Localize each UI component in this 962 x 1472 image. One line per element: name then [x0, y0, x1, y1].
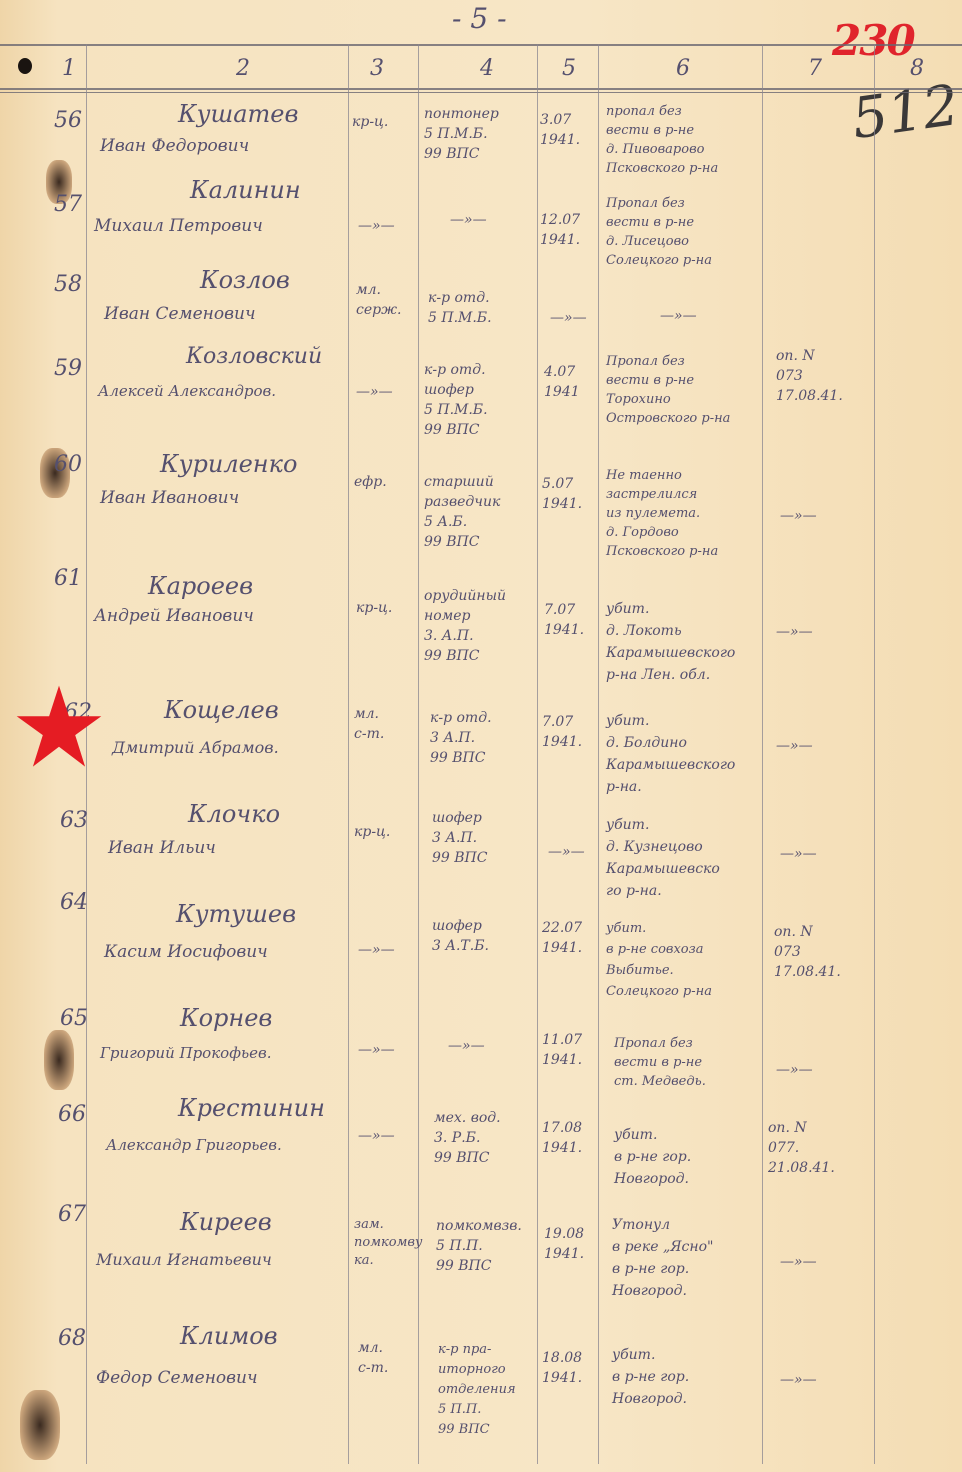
date: 19.08 1941.: [544, 1224, 584, 1264]
given-name: Александр Григорьев.: [106, 1136, 282, 1154]
column-header-7: 7: [808, 56, 822, 81]
fate: Пропал без вести в р-не Торохино Островс…: [606, 352, 730, 428]
order: —»—: [776, 622, 813, 642]
surname: Кутушев: [176, 900, 296, 928]
header-rule: [0, 88, 962, 90]
order: —»—: [780, 506, 817, 526]
burn-mark: [20, 1390, 60, 1460]
rank: —»—: [358, 216, 395, 236]
date: 22.07 1941.: [542, 918, 582, 958]
given-name: Алексей Александров.: [98, 382, 276, 400]
date: 5.07 1941.: [542, 474, 582, 514]
star-marker-icon: [14, 682, 104, 772]
punch-hole: [18, 58, 32, 74]
rank: —»—: [358, 940, 395, 960]
surname: Климов: [180, 1322, 278, 1350]
column-header-2: 2: [236, 56, 250, 81]
unit: к-р отд. 5 П.М.Б.: [428, 288, 492, 328]
column-divider: [348, 44, 349, 1464]
rank: мл. с-т.: [358, 1338, 388, 1378]
unit: понтонер 5 П.М.Б. 99 ВПС: [424, 104, 499, 164]
date: 12.07 1941.: [540, 210, 580, 250]
rank: мл. серж.: [356, 280, 401, 320]
order: оп. N 073 17.08.41.: [774, 922, 841, 982]
rank: зам. помкомву ка.: [354, 1216, 422, 1270]
archive-page: - 5 - 230 512 1 2 3 4 5 6 7 8 56 Кушатев…: [0, 0, 962, 1472]
unit: мех. вод. 3. Р.Б. 99 ВПС: [434, 1108, 501, 1168]
fate: —»—: [660, 306, 697, 326]
fate: убит. в р-не гор. Новгород.: [614, 1124, 691, 1190]
surname: Крестинин: [178, 1094, 325, 1122]
order: оп. N 077. 21.08.41.: [768, 1118, 835, 1178]
given-name: Иван Федорович: [100, 136, 249, 156]
surname: Корнев: [180, 1004, 272, 1032]
row-number: 67: [58, 1202, 86, 1227]
page-marker: - 5 -: [452, 2, 507, 35]
rank: кр-ц.: [352, 112, 388, 132]
column-header-8: 8: [910, 56, 924, 81]
column-header-3: 3: [370, 56, 384, 81]
date: 7.07 1941.: [542, 712, 582, 752]
rank: мл. с-т.: [354, 704, 384, 744]
column-header-6: 6: [676, 56, 690, 81]
fate: Не таенно застрелился из пулемета. д. Го…: [606, 466, 718, 561]
row-number: 57: [54, 192, 82, 217]
unit: —»—: [448, 1036, 485, 1056]
date: 4.07 1941: [544, 362, 580, 402]
surname: Калинин: [190, 176, 301, 204]
unit: орудийный номер 3. А.П. 99 ВПС: [424, 586, 506, 666]
fate: убит. д. Локоть Карамышевского р-на Лен.…: [606, 598, 735, 686]
given-name: Федор Семенович: [96, 1368, 258, 1388]
given-name: Иван Иванович: [100, 488, 239, 508]
date: 3.07 1941.: [540, 110, 580, 150]
rank: —»—: [358, 1040, 395, 1060]
date: —»—: [548, 842, 585, 862]
fate: убит. в р-не совхоза Выбитье. Солецкого …: [606, 918, 712, 1002]
order: —»—: [776, 1060, 813, 1080]
unit: старший разведчик 5 А.Б. 99 ВПС: [424, 472, 500, 552]
order: —»—: [780, 844, 817, 864]
surname: Кушатев: [178, 100, 298, 128]
order: —»—: [780, 1252, 817, 1272]
date: 7.07 1941.: [544, 600, 584, 640]
unit: помкомвзв. 5 П.П. 99 ВПС: [436, 1216, 522, 1276]
date: 18.08 1941.: [542, 1348, 582, 1388]
unit: —»—: [450, 210, 487, 230]
given-name: Касим Иосифович: [104, 942, 268, 962]
given-name: Григорий Прокофьев.: [100, 1044, 271, 1062]
unit: к-р отд. шофер 5 П.М.Б. 99 ВПС: [424, 360, 488, 440]
surname: Козлов: [200, 266, 290, 294]
date: 11.07 1941.: [542, 1030, 582, 1070]
surname: Козловский: [186, 344, 322, 369]
unit: шофер 3 А.П. 99 ВПС: [432, 808, 487, 868]
unit: к-р отд. 3 А.П. 99 ВПС: [430, 708, 492, 768]
given-name: Андрей Иванович: [94, 606, 254, 626]
top-rule: [0, 44, 962, 46]
side-number: 512: [848, 73, 962, 152]
row-number: 59: [54, 356, 82, 381]
unit: к-р пра- иторного отделения 5 П.П. 99 ВП…: [438, 1340, 516, 1440]
rank: кр-ц.: [354, 822, 390, 842]
surname: Кароеев: [148, 572, 253, 600]
fate: пропал без вести в р-не д. Пивоварово Пс…: [606, 102, 718, 178]
given-name: Иван Семенович: [104, 304, 256, 324]
order: оп. N 073 17.08.41.: [776, 346, 843, 406]
surname: Куриленко: [160, 450, 297, 478]
column-divider: [762, 44, 763, 1464]
given-name: Михаил Петрович: [94, 216, 263, 236]
column-divider: [874, 44, 875, 1464]
row-number: 65: [60, 1006, 88, 1031]
row-number: 61: [54, 566, 82, 591]
row-number: 58: [54, 272, 82, 297]
column-header-1: 1: [62, 56, 76, 81]
given-name: Дмитрий Абрамов.: [112, 738, 279, 757]
row-number: 68: [58, 1326, 86, 1351]
surname: Киреев: [180, 1208, 272, 1236]
order: —»—: [780, 1370, 817, 1390]
unit: шофер 3 А.Т.Б.: [432, 916, 489, 956]
surname: Клочко: [188, 800, 280, 828]
rank: ефр.: [354, 472, 387, 492]
row-number: 64: [60, 890, 88, 915]
given-name: Михаил Игнатьевич: [96, 1250, 272, 1269]
rank: —»—: [358, 1126, 395, 1146]
fate: убит. в р-не гор. Новгород.: [612, 1344, 689, 1410]
header-rule-2: [0, 92, 962, 93]
row-number: 66: [58, 1102, 86, 1127]
rank: кр-ц.: [356, 598, 392, 618]
column-header-4: 4: [480, 56, 494, 81]
fate: Утонул в реке „Ясно" в р-не гор. Новгоро…: [612, 1214, 713, 1302]
rank: —»—: [356, 382, 393, 402]
surname: Кощелев: [164, 696, 279, 724]
fate: убит. д. Кузнецово Карамышевско го р-на.: [606, 814, 720, 902]
burn-mark: [44, 1030, 74, 1090]
fate: убит. д. Болдино Карамышевского р-на.: [606, 710, 735, 798]
given-name: Иван Ильич: [108, 838, 216, 858]
row-number: 63: [60, 808, 88, 833]
date: 17.08 1941.: [542, 1118, 582, 1158]
date: —»—: [550, 308, 587, 328]
row-number: 56: [54, 108, 82, 133]
archive-sheet-number: 230: [832, 16, 914, 65]
order: —»—: [776, 736, 813, 756]
column-divider: [537, 44, 538, 1464]
fate: Пропал без вести в р-не д. Лисецово Соле…: [606, 194, 712, 270]
row-number: 60: [54, 452, 82, 477]
column-divider: [598, 44, 599, 1464]
column-header-5: 5: [562, 56, 576, 81]
fate: Пропал без вести в р-не ст. Медведь.: [614, 1034, 706, 1091]
